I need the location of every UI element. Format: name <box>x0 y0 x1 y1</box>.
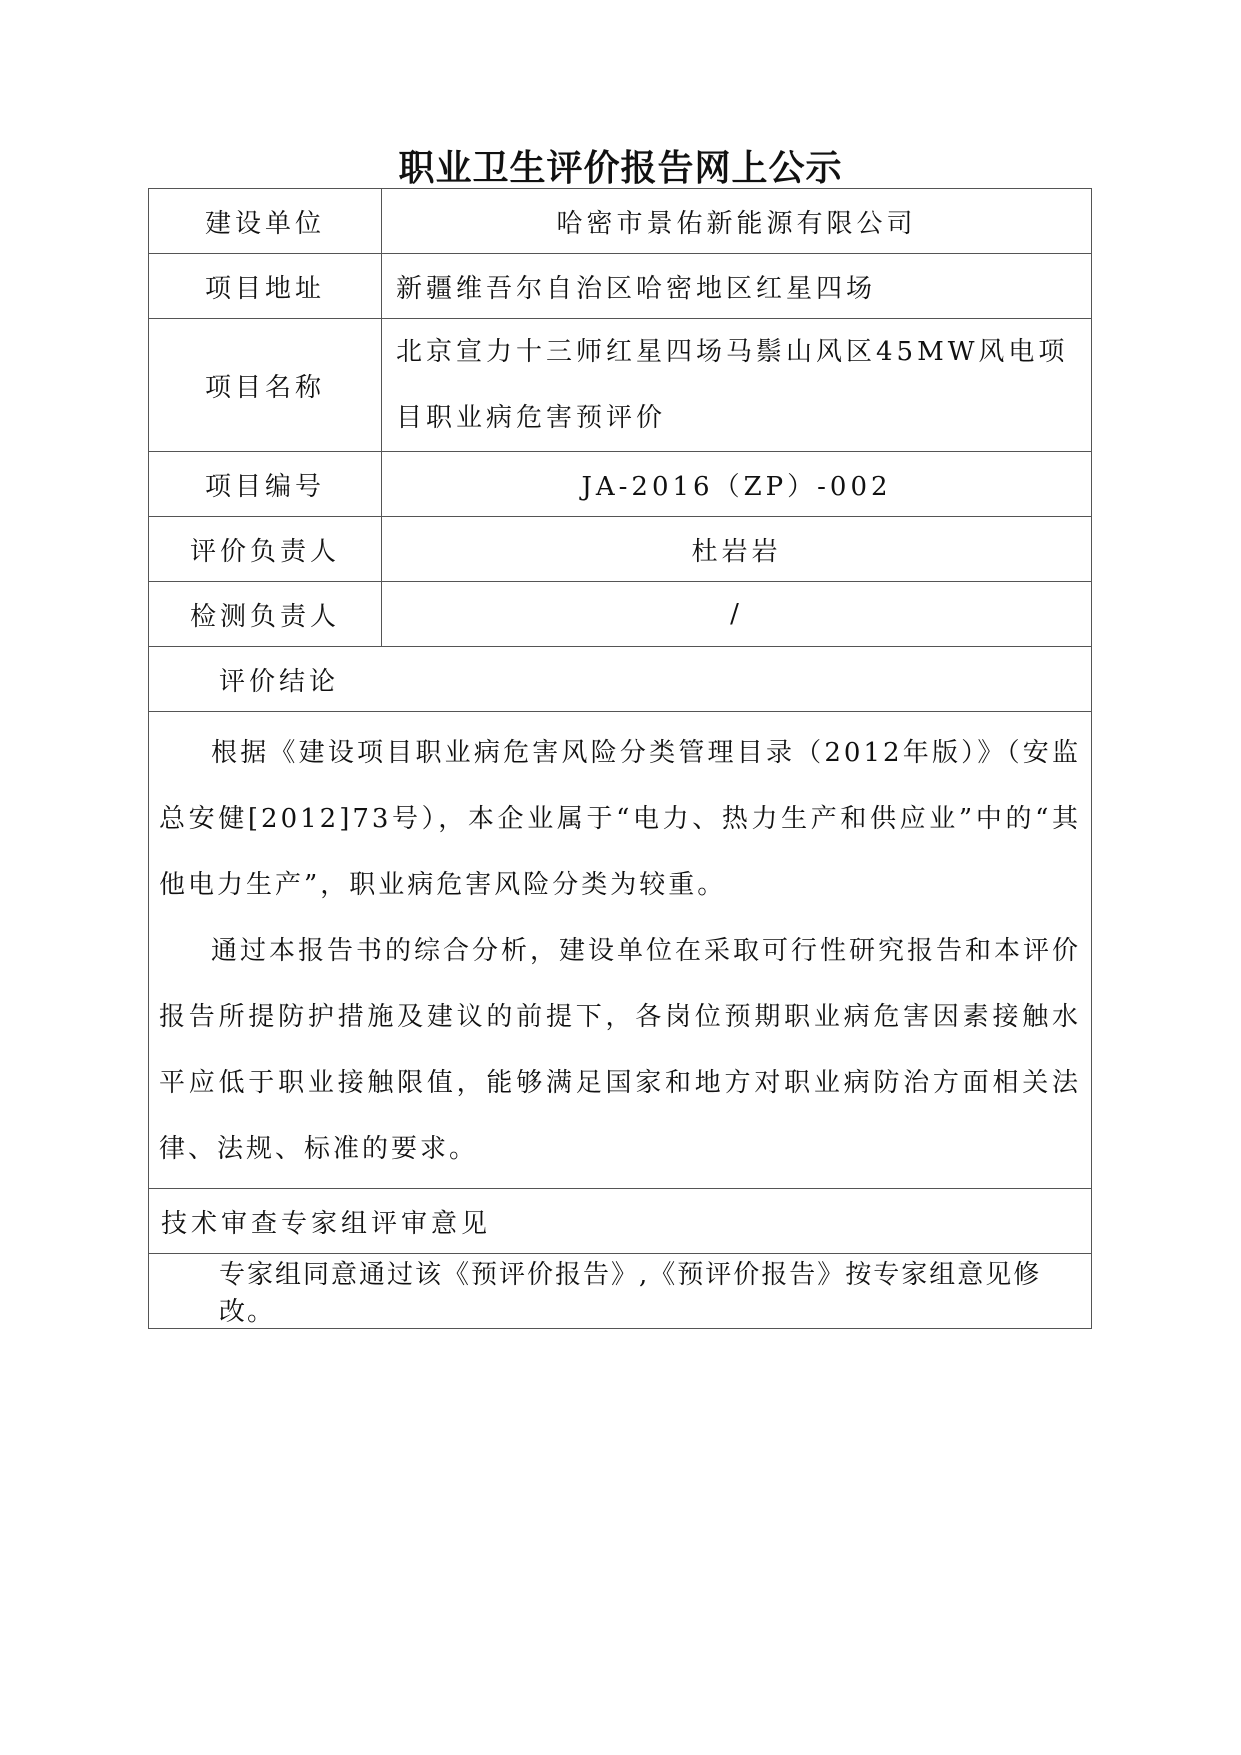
value-project-address: 新疆维吾尔自治区哈密地区红星四场 <box>382 254 1092 319</box>
label-project-name: 项目名称 <box>149 319 382 452</box>
value-construction-unit: 哈密市景佑新能源有限公司 <box>382 189 1092 254</box>
label-evaluation-lead: 评价负责人 <box>149 517 382 582</box>
value-review: 专家组同意通过该《预评价报告》,《预评价报告》按专家组意见修改。 <box>149 1254 1092 1329</box>
conclusion-paragraph: 通过本报告书的综合分析，建设单位在采取可行性研究报告和本评价报告所提防护措施及建… <box>159 918 1081 1182</box>
row-construction-unit: 建设单位 哈密市景佑新能源有限公司 <box>149 189 1092 254</box>
label-construction-unit: 建设单位 <box>149 189 382 254</box>
label-review: 技术审查专家组评审意见 <box>149 1189 1092 1254</box>
value-testing-lead: / <box>382 582 1092 647</box>
page-title: 职业卫生评价报告网上公示 <box>0 140 1241 191</box>
row-conclusion-label: 评价结论 <box>149 647 1092 712</box>
row-project-name: 项目名称 北京宣力十三师红星四场马鬃山风区45MW风电项目职业病危害预评价 <box>149 319 1092 452</box>
value-evaluation-lead: 杜岩岩 <box>382 517 1092 582</box>
label-conclusion: 评价结论 <box>149 647 1092 712</box>
label-testing-lead: 检测负责人 <box>149 582 382 647</box>
row-project-address: 项目地址 新疆维吾尔自治区哈密地区红星四场 <box>149 254 1092 319</box>
conclusion-body: 根据《建设项目职业病危害风险分类管理目录（2012年版）》（安监总安健[2012… <box>149 712 1092 1189</box>
row-project-number: 项目编号 JA-2016（ZP）-002 <box>149 452 1092 517</box>
row-review-label: 技术审查专家组评审意见 <box>149 1189 1092 1254</box>
row-review-value: 专家组同意通过该《预评价报告》,《预评价报告》按专家组意见修改。 <box>149 1254 1092 1329</box>
disclosure-table: 建设单位 哈密市景佑新能源有限公司 项目地址 新疆维吾尔自治区哈密地区红星四场 … <box>148 188 1092 1329</box>
conclusion-paragraph: 根据《建设项目职业病危害风险分类管理目录（2012年版）》（安监总安健[2012… <box>159 720 1081 918</box>
row-evaluation-lead: 评价负责人 杜岩岩 <box>149 517 1092 582</box>
label-project-number: 项目编号 <box>149 452 382 517</box>
value-project-number: JA-2016（ZP）-002 <box>382 452 1092 517</box>
row-conclusion-body: 根据《建设项目职业病危害风险分类管理目录（2012年版）》（安监总安健[2012… <box>149 712 1092 1189</box>
label-project-address: 项目地址 <box>149 254 382 319</box>
value-project-name: 北京宣力十三师红星四场马鬃山风区45MW风电项目职业病危害预评价 <box>382 319 1092 452</box>
row-testing-lead: 检测负责人 / <box>149 582 1092 647</box>
